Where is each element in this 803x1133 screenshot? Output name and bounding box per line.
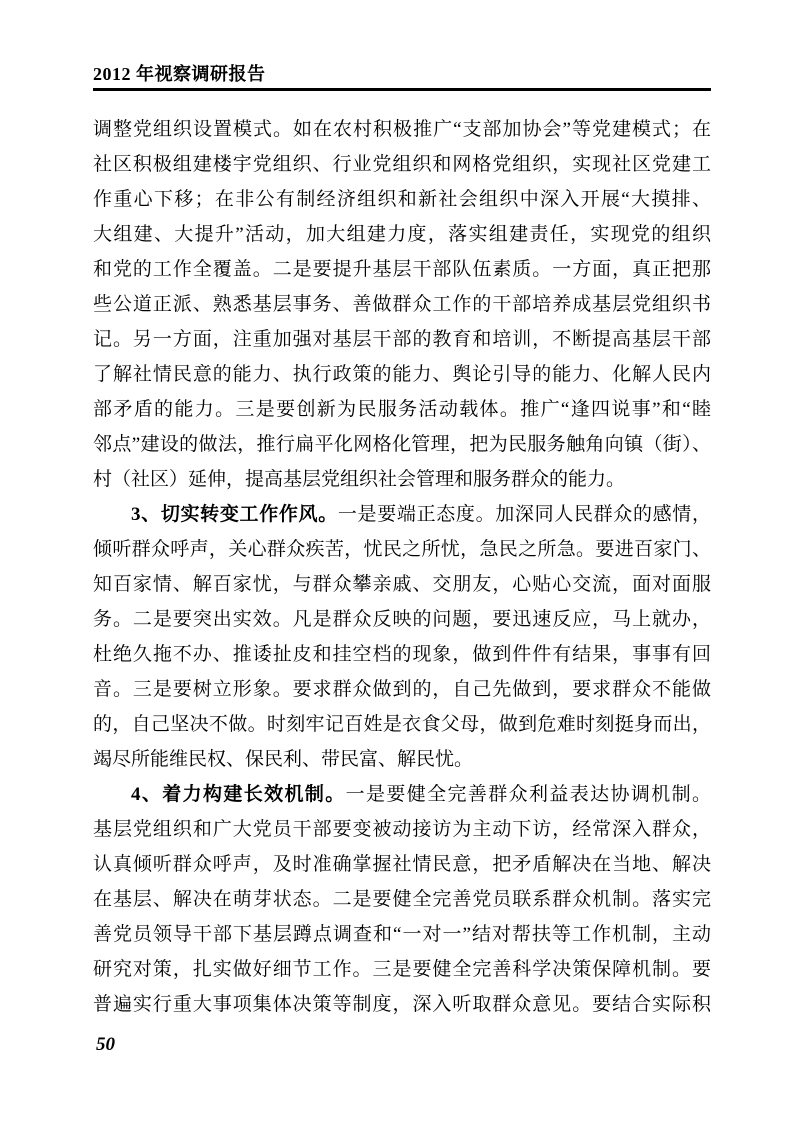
page-header-title: 2012 年视察调研报告	[93, 60, 266, 86]
text-line: 作重心下移；在非公有制经济组织和新社会组织中深入开展“大摸排、	[93, 182, 711, 217]
line-text: 务。二是要突出实效。凡是群众反映的问题，要迅速反应，马上就办，	[93, 609, 711, 630]
line-text: 些公道正派、熟悉基层事务、善做群众工作的干部培养成基层党组织书	[93, 294, 711, 315]
page-number: 50	[96, 1034, 115, 1056]
line-text: 部矛盾的能力。三是要创新为民服务活动载体。推广“逢四说事”和“睦	[93, 399, 711, 420]
line-text: 调整党组织设置模式。如在农村积极推广“支部加协会”等党建模式；在	[93, 119, 711, 140]
text-line: 认真倾听群众呼声，及时准确掌握社情民意，把矛盾解决在当地、解决	[93, 847, 711, 882]
line-text: 记。另一方面，注重加强对基层干部的教育和培训，不断提高基层干部	[93, 329, 711, 350]
text-line: 杜绝久拖不办、推诿扯皮和挂空档的现象，做到件件有结果，事事有回	[93, 637, 711, 672]
line-text: 的，自己坚决不做。时刻牢记百姓是衣食父母，做到危难时刻挺身而出，	[93, 714, 711, 735]
document-page: 2012 年视察调研报告 调整党组织设置模式。如在农村积极推广“支部加协会”等党…	[0, 0, 803, 1133]
text-line: 务。二是要突出实效。凡是群众反映的问题，要迅速反应，马上就办，	[93, 602, 711, 637]
text-line: 记。另一方面，注重加强对基层干部的教育和培训，不断提高基层干部	[93, 322, 711, 357]
line-text: 音。三是要树立形象。要求群众做到的，自己先做到，要求群众不能做	[93, 679, 711, 700]
text-line: 4、着力构建长效机制。一是要健全完善群众利益表达协调机制。	[93, 777, 711, 812]
line-text: 倾听群众呼声，关心群众疾苦，忧民之所忧，急民之所急。要进百家门、	[93, 539, 711, 560]
line-text: 一是要健全完善群众利益表达协调机制。	[346, 784, 711, 805]
text-line: 知百家情、解百家忧，与群众攀亲戚、交朋友，心贴心交流，面对面服	[93, 567, 711, 602]
line-text: 知百家情、解百家忧，与群众攀亲戚、交朋友，心贴心交流，面对面服	[93, 574, 711, 595]
text-line: 音。三是要树立形象。要求群众做到的，自己先做到，要求群众不能做	[93, 672, 711, 707]
text-line: 了解社情民意的能力、执行政策的能力、舆论引导的能力、化解人民内	[93, 357, 711, 392]
line-text: 和党的工作全覆盖。二是要提升基层干部队伍素质。一方面，真正把那	[93, 259, 711, 280]
body-text: 调整党组织设置模式。如在农村积极推广“支部加协会”等党建模式；在社区积极组建楼宇…	[93, 112, 711, 1022]
text-line: 邻点”建设的做法，推行扁平化网格化管理，把为民服务触角向镇（街）、	[93, 427, 711, 462]
line-text: 竭尽所能维民权、保民利、带民富、解民忧。	[93, 749, 473, 770]
text-line: 普遍实行重大事项集体决策等制度，深入听取群众意见。要结合实际积	[93, 987, 711, 1022]
text-line: 善党员领导干部下基层蹲点调查和“一对一”结对帮扶等工作机制，主动	[93, 917, 711, 952]
line-text: 杜绝久拖不办、推诿扯皮和挂空档的现象，做到件件有结果，事事有回	[93, 644, 711, 665]
text-line: 3、切实转变工作作风。一是要端正态度。加深同人民群众的感情，	[93, 497, 711, 532]
line-text: 社区积极组建楼宇党组织、行业党组织和网格党组织，实现社区党建工	[93, 154, 711, 175]
line-text: 作重心下移；在非公有制经济组织和新社会组织中深入开展“大摸排、	[93, 189, 711, 210]
text-line: 调整党组织设置模式。如在农村积极推广“支部加协会”等党建模式；在	[93, 112, 711, 147]
text-line: 倾听群众呼声，关心群众疾苦，忧民之所忧，急民之所急。要进百家门、	[93, 532, 711, 567]
line-text: 一是要端正态度。加深同人民群众的感情，	[338, 504, 711, 525]
paragraph-heading: 3、切实转变工作作风。	[131, 504, 338, 525]
text-line: 研究对策，扎实做好细节工作。三是要健全完善科学决策保障机制。要	[93, 952, 711, 987]
text-line: 社区积极组建楼宇党组织、行业党组织和网格党组织，实现社区党建工	[93, 147, 711, 182]
text-line: 大组建、大提升”活动，加大组建力度，落实组建责任，实现党的组织	[93, 217, 711, 252]
line-text: 研究对策，扎实做好细节工作。三是要健全完善科学决策保障机制。要	[93, 959, 711, 980]
paragraph-heading: 4、着力构建长效机制。	[131, 784, 346, 805]
line-text: 基层党组织和广大党员干部要变被动接访为主动下访，经常深入群众，	[93, 819, 711, 840]
line-text: 认真倾听群众呼声，及时准确掌握社情民意，把矛盾解决在当地、解决	[93, 854, 711, 875]
text-line: 和党的工作全覆盖。二是要提升基层干部队伍素质。一方面，真正把那	[93, 252, 711, 287]
line-text: 了解社情民意的能力、执行政策的能力、舆论引导的能力、化解人民内	[93, 364, 711, 385]
line-text: 村（社区）延伸，提高基层党组织社会管理和服务群众的能力。	[93, 469, 625, 490]
line-text: 普遍实行重大事项集体决策等制度，深入听取群众意见。要结合实际积	[93, 994, 711, 1015]
line-text: 邻点”建设的做法，推行扁平化网格化管理，把为民服务触角向镇（街）、	[93, 434, 711, 455]
text-line: 些公道正派、熟悉基层事务、善做群众工作的干部培养成基层党组织书	[93, 287, 711, 322]
text-line: 部矛盾的能力。三是要创新为民服务活动载体。推广“逢四说事”和“睦	[93, 392, 711, 427]
text-line: 在基层、解决在萌芽状态。二是要健全完善党员联系群众机制。落实完	[93, 882, 711, 917]
text-line: 竭尽所能维民权、保民利、带民富、解民忧。	[93, 742, 711, 777]
text-line: 村（社区）延伸，提高基层党组织社会管理和服务群众的能力。	[93, 462, 711, 497]
line-text: 大组建、大提升”活动，加大组建力度，落实组建责任，实现党的组织	[93, 224, 711, 245]
header-rule	[93, 88, 711, 91]
line-text: 善党员领导干部下基层蹲点调查和“一对一”结对帮扶等工作机制，主动	[93, 924, 711, 945]
line-text: 在基层、解决在萌芽状态。二是要健全完善党员联系群众机制。落实完	[93, 889, 711, 910]
text-line: 的，自己坚决不做。时刻牢记百姓是衣食父母，做到危难时刻挺身而出，	[93, 707, 711, 742]
text-line: 基层党组织和广大党员干部要变被动接访为主动下访，经常深入群众，	[93, 812, 711, 847]
